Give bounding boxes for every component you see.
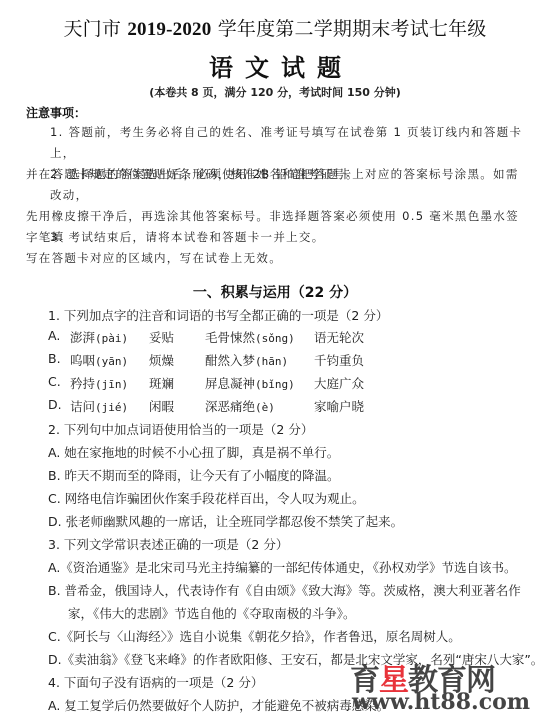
word: 深恶痛绝	[205, 399, 255, 414]
word: 矜持	[70, 376, 95, 391]
question-2-option-c: C. 网络电信诈骗团伙作案手段花样百出，令人叹为观止。	[48, 489, 365, 507]
pinyin: (hān)	[255, 355, 288, 368]
option-word-3: 深恶痛绝(è)	[205, 397, 275, 415]
option-word-1: 呜咽(yān)	[70, 351, 128, 369]
notice-line: 1. 答题前，考生务必将自己的姓名、准考证号填写在试卷第 1 页装订线内和答题卡…	[26, 122, 526, 164]
option-label: A.	[48, 328, 60, 343]
word: 澎湃	[70, 330, 95, 345]
question-3-option-b-cont: 家，《伟大的悲剧》节选自他的《夺取南极的斗争》。	[68, 604, 356, 622]
question-1-option-d: D. 诘问(jié) 闲暇 深恶痛绝(è) 家喻户晓	[48, 397, 508, 419]
word: 呜咽	[70, 353, 95, 368]
option-label: C.	[48, 374, 61, 389]
option-word-1: 澎湃(pài)	[70, 328, 128, 346]
option-word-2: 烦燥	[149, 351, 174, 369]
option-label: B.	[48, 351, 61, 366]
option-word-1: 矜持(jīn)	[70, 374, 128, 392]
question-2-option-b: B. 昨天不期而至的降雨，让今天有了小幅度的降温。	[48, 466, 340, 484]
exam-info: (本卷共 8 页，满分 120 分，考试时间 150 分钟)	[0, 84, 550, 100]
exam-title: 天门市 2019-2020 学年度第二学期期末考试七年级	[0, 14, 550, 41]
question-1-option-a: A. 澎湃(pài) 妥贴 毛骨悚然(sǒng) 语无轮次	[48, 328, 508, 350]
pinyin: (jié)	[95, 401, 128, 414]
pinyin: (yān)	[95, 355, 128, 368]
question-2-option-d: D. 张老师幽默风趣的一席话，让全班同学都忍俊不禁笑了起来。	[48, 512, 403, 530]
title-suffix: 学年度第二学期期末考试七年级	[211, 18, 486, 40]
option-word-3: 酣然入梦(hān)	[205, 351, 288, 369]
option-word-4: 语无轮次	[314, 328, 364, 346]
question-2-stem: 2. 下列句中加点词语使用恰当的一项是（2 分）	[48, 420, 313, 438]
notice-line: 写在答题卡对应的区域内，写在试卷上无效。	[26, 248, 526, 269]
option-word-3: 毛骨悚然(sǒng)	[205, 328, 295, 346]
option-word-4: 家喻户晓	[314, 397, 364, 415]
word: 酣然入梦	[205, 353, 255, 368]
option-word-3: 屏息凝神(bǐng)	[205, 374, 295, 392]
notice-heading: 注意事项：	[26, 104, 86, 121]
word: 屏息凝神	[205, 376, 255, 391]
title-year: 2019-2020	[127, 19, 211, 40]
pinyin: (jīn)	[95, 378, 128, 391]
question-3-option-a: A.《资治通鉴》是北宋司马光主持编纂的一部纪传体通史，《孙权劝学》节选自该书。	[48, 558, 517, 576]
option-word-2: 妥贴	[149, 328, 174, 346]
subject-title: 语文试题	[0, 48, 550, 83]
pinyin: (sǒng)	[255, 332, 295, 345]
option-word-2: 斑斓	[149, 374, 174, 392]
question-4-option-a: A. 复工复学后仍然要做好个人防护，才能避免不被病毒感染。	[48, 696, 389, 714]
word: 毛骨悚然	[205, 330, 255, 345]
notice-item-2: 2. 选择题的答案选出后，必须使用 2B 铅笔把答题卡上对应的答案标号涂黑。如需…	[26, 164, 526, 269]
question-1-option-b: B. 呜咽(yān) 烦燥 酣然入梦(hān) 千钧重负	[48, 351, 508, 373]
question-3-option-b: B. 普希金，俄国诗人，代表诗作有《自由颂》《致大海》等。茨威格，澳大利亚著名作	[48, 581, 521, 599]
exam-page: 天门市 2019-2020 学年度第二学期期末考试七年级 语文试题 (本卷共 8…	[0, 0, 550, 717]
question-4-stem: 4. 下面句子没有语病的一项是（2 分）	[48, 673, 263, 691]
question-1-stem: 1. 下列加点字的注音和词语的书写全都正确的一项是（2 分）	[48, 306, 388, 324]
question-3-option-c: C.《阿长与〈山海经〉》选自小说集《朝花夕拾》，作者鲁迅，原名周树人。	[48, 627, 461, 645]
question-3-stem: 3. 下列文学常识表述正确的一项是（2 分）	[48, 535, 288, 553]
notice-line: 2. 选择题的答案选出后，必须使用 2B 铅笔把答题卡上对应的答案标号涂黑。如需…	[26, 164, 526, 206]
pinyin: (bǐng)	[255, 378, 295, 391]
watermark-url: www.ht88.com	[352, 689, 530, 715]
option-label: D.	[48, 397, 62, 412]
notice-line: 3. 考试结束后，请将本试卷和答题卡一并上交。	[26, 227, 526, 248]
pinyin: (è)	[255, 401, 275, 414]
question-2-option-a: A. 她在家拖地的时候不小心扭了脚，真是祸不单行。	[48, 443, 339, 461]
option-word-4: 千钧重负	[314, 351, 364, 369]
section-heading: 一、积累与运用（22 分）	[0, 282, 550, 302]
title-prefix: 天门市	[63, 18, 127, 40]
notice-item-3: 3. 考试结束后，请将本试卷和答题卡一并上交。	[26, 227, 526, 248]
pinyin: (pài)	[95, 332, 128, 345]
option-word-1: 诘问(jié)	[70, 397, 128, 415]
word: 诘问	[70, 399, 95, 414]
option-word-2: 闲暇	[149, 397, 174, 415]
question-1-option-c: C. 矜持(jīn) 斑斓 屏息凝神(bǐng) 大庭广众	[48, 374, 508, 396]
watermark-logo: 育星教育网 www.ht88.com	[350, 655, 550, 717]
option-word-4: 大庭广众	[314, 374, 364, 392]
